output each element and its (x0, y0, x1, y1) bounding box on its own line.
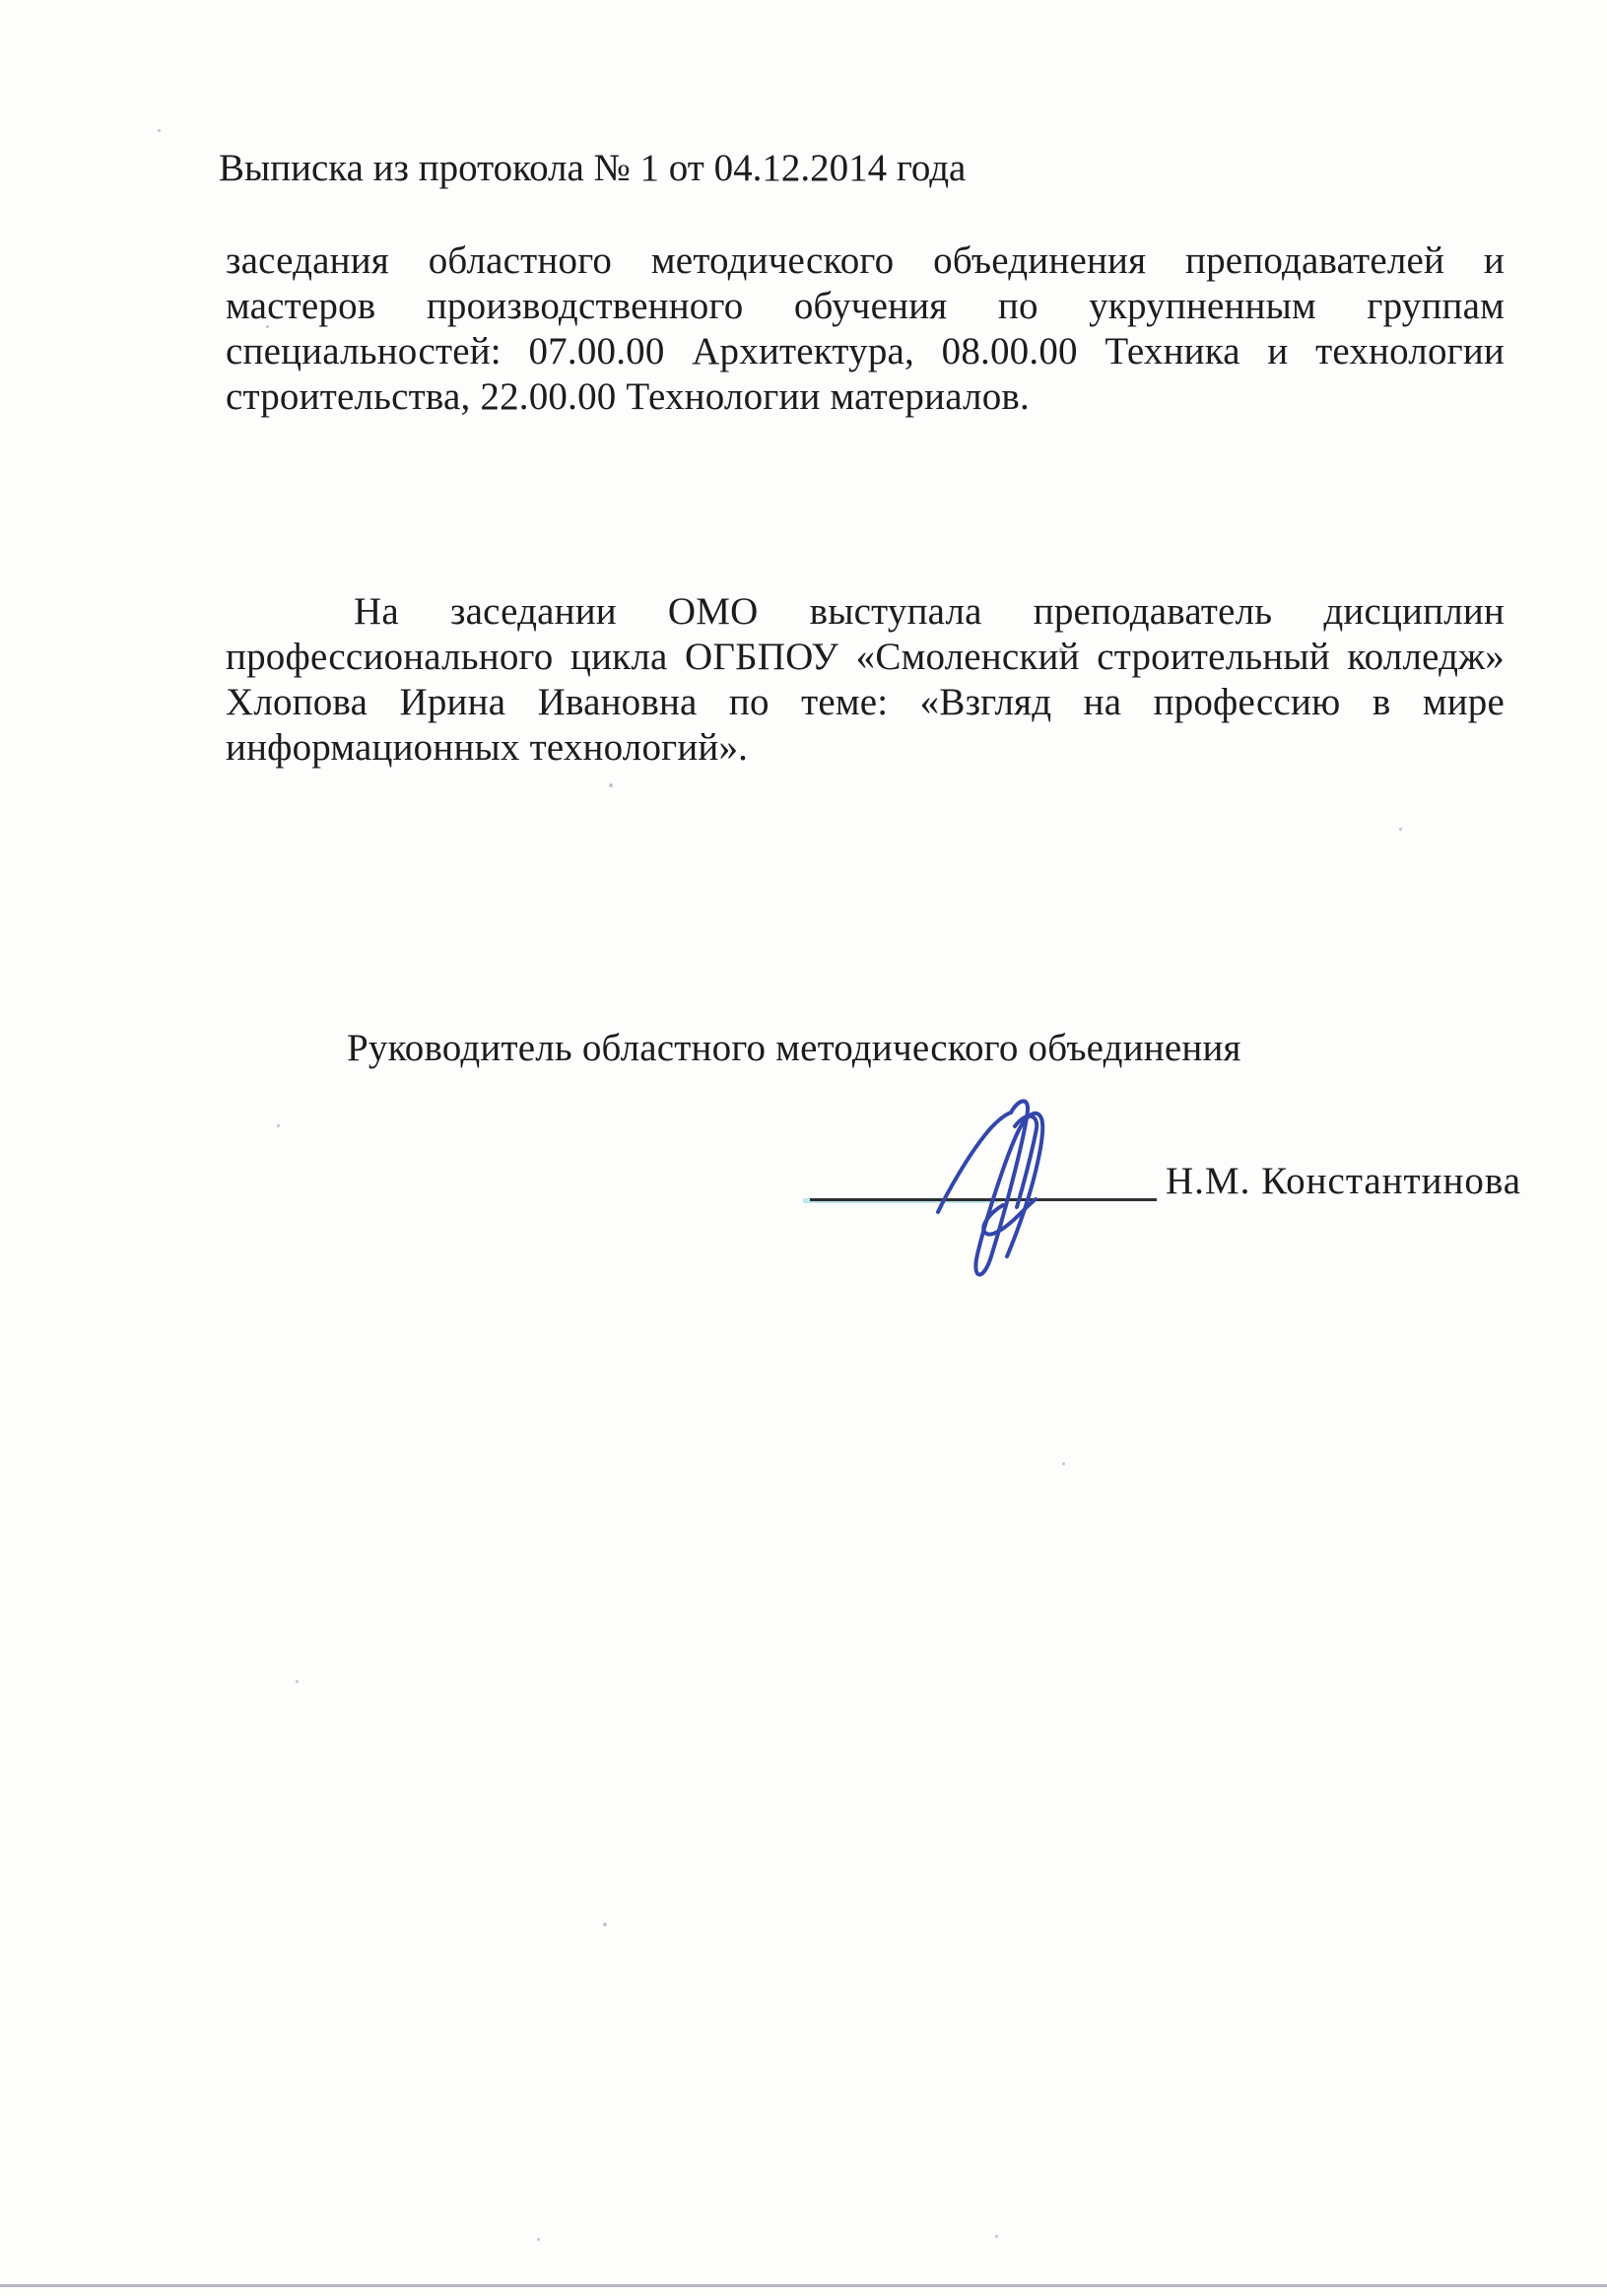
scan-speck (296, 1680, 299, 1683)
paragraph-line: На заседании ОМО выступала преподаватель… (226, 589, 1505, 635)
intro-paragraph: заседания областного методического объед… (226, 238, 1505, 420)
scan-speck (1399, 828, 1402, 831)
paragraph-line: мастеров производственного обучения по у… (226, 284, 1505, 329)
scan-speck (995, 2235, 998, 2238)
scan-speck (1062, 1462, 1065, 1465)
paragraph-line: заседания областного методического объед… (226, 238, 1505, 284)
signer-role-label: Руководитель областного методического об… (347, 1026, 1241, 1071)
scan-speck (603, 1923, 607, 1926)
scan-speck (266, 325, 269, 328)
scan-speck (1059, 647, 1063, 651)
body-paragraph: На заседании ОМО выступала преподаватель… (226, 589, 1505, 771)
paragraph-line: профессионального цикла ОГБПОУ «Смоленск… (226, 635, 1505, 680)
paragraph-line: специальностей: 07.00.00 Архитектура, 08… (226, 329, 1505, 374)
handwritten-signature (916, 1089, 1084, 1281)
signer-name: Н.М. Константинова (1166, 1159, 1521, 1204)
scan-speck (277, 1124, 280, 1127)
scan-speck (537, 2238, 540, 2241)
scanned-document-page: Выписка из протокола № 1 от 04.12.2014 г… (0, 0, 1607, 2296)
document-title: Выписка из протокола № 1 от 04.12.2014 г… (219, 146, 966, 191)
scan-edge-line (0, 2284, 1607, 2287)
scan-speck (609, 783, 613, 787)
scan-speck (158, 129, 161, 132)
paragraph-line: Хлопова Ирина Ивановна по теме: «Взгляд … (226, 680, 1505, 725)
